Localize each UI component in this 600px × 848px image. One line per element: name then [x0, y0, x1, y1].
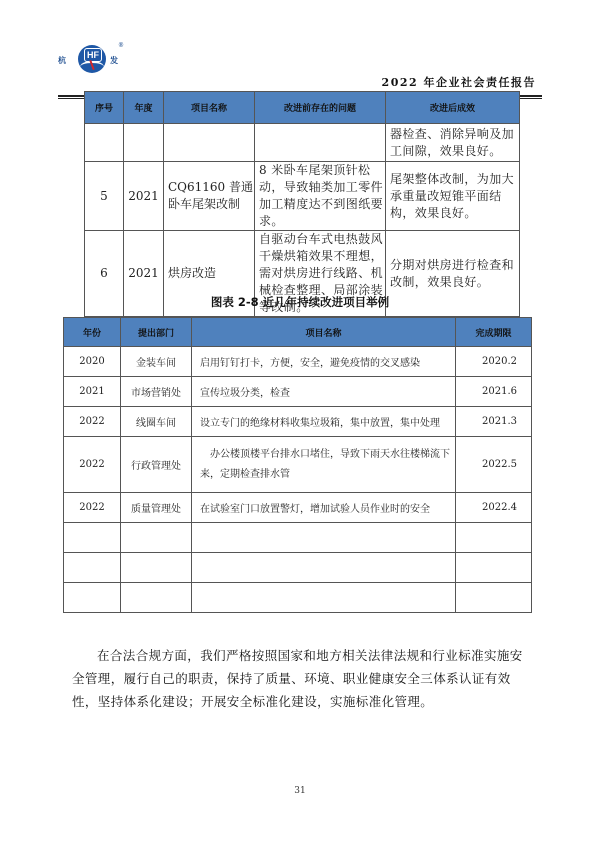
table-row-empty [64, 583, 532, 613]
cell-project [192, 553, 456, 583]
col-header-problem: 改进前存在的问题 [255, 92, 386, 124]
cell-year [124, 124, 164, 162]
col-header-result: 改进后成效 [386, 92, 520, 124]
cell-year: 2021 [124, 162, 164, 231]
cell-year: 2021 [64, 377, 121, 407]
report-title: 2022 年企业社会责任报告 [382, 74, 536, 90]
table-row: 2021 市场营销处 宣传垃圾分类，检查 2021.6 [64, 377, 532, 407]
cell-project [192, 583, 456, 613]
cell-year [64, 583, 121, 613]
cell-dept [121, 523, 192, 553]
table-row: 器检查、消除异响及加工间隙，效果良好。 [85, 124, 520, 162]
table-header-row: 序号 年度 项目名称 改进前存在的问题 改进后成效 [85, 92, 520, 124]
cell-year [64, 553, 121, 583]
cell-year: 2022 [64, 493, 121, 523]
table-row: 5 2021 CQ61160 普通卧车尾架改制 8 米卧车尾架顶针松动，导致轴类… [85, 162, 520, 231]
cell-deadline [456, 553, 532, 583]
cell-dept: 行政管理处 [121, 437, 192, 493]
col-header-project: 项目名称 [192, 318, 456, 347]
table-row: 2022 线圈车间 设立专门的绝缘材料收集垃圾箱，集中放置，集中处理 2021.… [64, 407, 532, 437]
table-header-row: 年份 提出部门 项目名称 完成期限 [64, 318, 532, 347]
cell-deadline [456, 523, 532, 553]
cell-deadline: 2021.3 [456, 407, 532, 437]
registered-mark-icon: ® [118, 42, 124, 49]
cell-project: 启用钉钉打卡，方便，安全，避免疫情的交叉感染 [192, 347, 456, 377]
cell-project-line2: 来，定期检查排水管 [200, 465, 455, 485]
cell-dept: 金装车间 [121, 347, 192, 377]
cell-year: 2020 [64, 347, 121, 377]
cell-name [164, 124, 255, 162]
continuous-improvement-table: 年份 提出部门 项目名称 完成期限 2020 金装车间 启用钉钉打卡，方便，安全… [63, 317, 532, 613]
cell-year: 2022 [64, 437, 121, 493]
cell-no: 5 [85, 162, 124, 231]
cell-project [192, 523, 456, 553]
cell-dept: 线圈车间 [121, 407, 192, 437]
table-row: 2022 质量管理处 在试验室门口放置警灯，增加试验人员作业时的安全 2022.… [64, 493, 532, 523]
cell-dept: 市场营销处 [121, 377, 192, 407]
cell-year: 2022 [64, 407, 121, 437]
cell-deadline: 2022.4 [456, 493, 532, 523]
compliance-paragraph: 在合法合规方面，我们严格按照国家和地方相关法律法规和行业标准实施安全管理，履行自… [72, 644, 532, 713]
table-row: 2022 行政管理处 办公楼顶楼平台排水口堵住，导致下雨天水往楼梯流下 来，定期… [64, 437, 532, 493]
cell-project-line1: 办公楼顶楼平台排水口堵住，导致下雨天水往楼梯流下 [200, 445, 455, 465]
cell-project: 设立专门的绝缘材料收集垃圾箱，集中放置，集中处理 [192, 407, 456, 437]
table-caption: 图表 2-8 近几年持续改进项目举例 [0, 294, 600, 310]
table-row: 2020 金装车间 启用钉钉打卡，方便，安全，避免疫情的交叉感染 2020.2 [64, 347, 532, 377]
page-number: 31 [0, 786, 600, 796]
cell-dept [121, 553, 192, 583]
logo-left-text: 杭 [58, 55, 66, 66]
cell-name: CQ61160 普通卧车尾架改制 [164, 162, 255, 231]
cell-problem: 8 米卧车尾架顶针松动，导致轴类加工零件加工精度达不到图纸要求。 [255, 162, 386, 231]
col-header-name: 项目名称 [164, 92, 255, 124]
table-row-empty [64, 553, 532, 583]
cell-project: 宣传垃圾分类，检查 [192, 377, 456, 407]
cell-project: 办公楼顶楼平台排水口堵住，导致下雨天水往楼梯流下 来，定期检查排水管 [192, 437, 456, 493]
improvement-table-continued: 序号 年度 项目名称 改进前存在的问题 改进后成效 器检查、消除异响及加工间隙，… [84, 91, 520, 317]
col-header-year: 年份 [64, 318, 121, 347]
cell-year [64, 523, 121, 553]
cell-deadline: 2020.2 [456, 347, 532, 377]
cell-deadline: 2021.6 [456, 377, 532, 407]
col-header-year: 年度 [124, 92, 164, 124]
col-header-no: 序号 [85, 92, 124, 124]
cell-dept: 质量管理处 [121, 493, 192, 523]
col-header-deadline: 完成期限 [456, 318, 532, 347]
cell-deadline: 2022.5 [456, 437, 532, 493]
cell-deadline [456, 583, 532, 613]
col-header-dept: 提出部门 [121, 318, 192, 347]
cell-problem [255, 124, 386, 162]
cell-result: 尾架整体改制，为加大承重量改短锥平面结构，效果良好。 [386, 162, 520, 231]
logo-hf-mark: HF [84, 48, 102, 62]
paragraph-text: 在合法合规方面，我们严格按照国家和地方相关法律法规和行业标准实施安全管理，履行自… [72, 644, 532, 713]
cell-project: 在试验室门口放置警灯，增加试验人员作业时的安全 [192, 493, 456, 523]
cell-result: 器检查、消除异响及加工间隙，效果良好。 [386, 124, 520, 162]
table-row-empty [64, 523, 532, 553]
cell-no [85, 124, 124, 162]
cell-dept [121, 583, 192, 613]
company-logo: 杭 HF 发 ® [58, 42, 128, 74]
logo-right-text: 发 [110, 55, 118, 66]
